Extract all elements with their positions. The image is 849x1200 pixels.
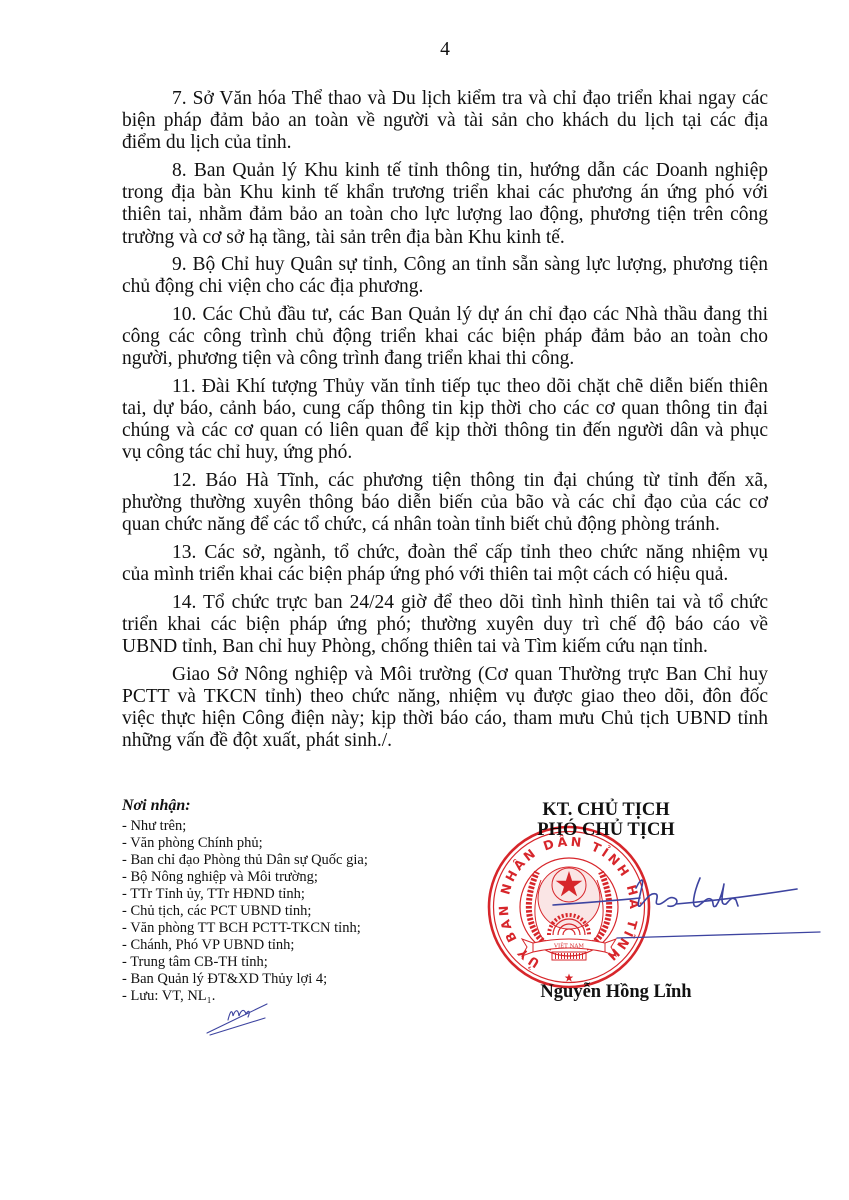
signature-title: KT. CHỦ TỊCH PHÓ CHỦ TỊCH — [496, 800, 716, 840]
text-line: 9. Bộ Chỉ huy Quân sự tỉnh, Công an tỉnh… — [122, 254, 768, 276]
recipient-item: - TTr Tỉnh ủy, TTr HĐND tỉnh; — [122, 886, 368, 903]
recipient-item: - Ban chỉ đạo Phòng thủ Dân sự Quốc gia; — [122, 852, 368, 869]
small-star-icon — [565, 974, 574, 982]
document-page: 4 7. Sở Văn hóa Thể thao và Du lịch kiểm… — [0, 0, 849, 1200]
text-line: tai, dự báo, cảnh báo, cung cấp thông ti… — [122, 398, 768, 420]
handwritten-signature — [553, 878, 820, 938]
paragraph-item-14: 14. Tổ chức trực ban 24/24 giờ để theo d… — [122, 592, 768, 659]
initials-mark — [207, 1004, 267, 1035]
text-line: 10. Các Chủ đầu tư, các Ban Quản lý dự á… — [122, 304, 768, 326]
paragraph-assignment: Giao Sở Nông nghiệp và Môi trường (Cơ qu… — [122, 664, 768, 753]
text-line: Giao Sở Nông nghiệp và Môi trường (Cơ qu… — [122, 664, 768, 686]
text-line: 11. Đài Khí tượng Thủy văn tỉnh tiếp tục… — [122, 376, 768, 398]
paragraph-item-8: 8. Ban Quản lý Khu kinh tế tỉnh thông ti… — [122, 160, 768, 249]
text-line: 12. Báo Hà Tĩnh, các phương tiện thông t… — [122, 470, 768, 492]
text-line: vụ công tác chỉ huy, ứng phó. — [122, 442, 768, 464]
paragraph-item-9: 9. Bộ Chỉ huy Quân sự tỉnh, Công an tỉnh… — [122, 254, 768, 298]
text-line: điểm du lịch của tỉnh. — [122, 132, 768, 154]
text-line: 8. Ban Quản lý Khu kinh tế tỉnh thông ti… — [122, 160, 768, 182]
text-line: 14. Tổ chức trực ban 24/24 giờ để theo d… — [122, 592, 768, 614]
recipient-item: - Ban Quản lý ĐT&XD Thủy lợi 4; — [122, 971, 368, 988]
document-body: 7. Sở Văn hóa Thể thao và Du lịch kiểm t… — [122, 88, 768, 758]
text-line: 13. Các sở, ngành, tổ chức, đoàn thể cấp… — [122, 542, 768, 564]
text-line: thiên tai, nhằm đảm bảo an toàn cho lực … — [122, 204, 768, 226]
text-line: của mình triển khai các biện pháp ứng ph… — [122, 564, 768, 586]
text-line: triển khai các biện pháp ứng phó; thường… — [122, 614, 768, 636]
national-emblem-icon: VIỆT NAM — [522, 867, 616, 960]
recipient-item: - Văn phòng Chính phủ; — [122, 835, 368, 852]
official-stamp: ỦY BAN NHÂN DÂN TỈNH HÀ TĨNH VIỆT NAM — [489, 827, 649, 987]
text-line: trong địa bàn Khu kinh tế khẩn trương tr… — [122, 182, 768, 204]
text-line: chủ động chi viện cho các địa phương. — [122, 276, 768, 298]
text-line: quan chức năng để các tổ chức, cá nhân t… — [122, 514, 768, 536]
recipient-item: - Chủ tịch, các PCT UBND tỉnh; — [122, 903, 368, 920]
text-line: 7. Sở Văn hóa Thể thao và Du lịch kiểm t… — [122, 88, 768, 110]
paragraph-item-13: 13. Các sở, ngành, tổ chức, đoàn thể cấp… — [122, 542, 768, 586]
recipients-list: - Như trên; - Văn phòng Chính phủ; - Ban… — [122, 818, 368, 1005]
recipient-item: - Như trên; — [122, 818, 368, 835]
text-line: chúng và các cơ quan có liên quan để kịp… — [122, 420, 768, 442]
stamp-ribbon-text: VIỆT NAM — [553, 942, 584, 950]
text-line: biện pháp đảm bảo an toàn về người và tà… — [122, 110, 768, 132]
star-icon — [556, 871, 583, 896]
signature-title-line2: PHÓ CHỦ TỊCH — [496, 820, 716, 840]
page-number: 4 — [122, 39, 768, 61]
recipient-item: - Trung tâm CB-TH tỉnh; — [122, 954, 368, 971]
recipient-item: - Văn phòng TT BCH PCTT-TKCN tỉnh; — [122, 920, 368, 937]
paragraph-item-10: 10. Các Chủ đầu tư, các Ban Quản lý dự á… — [122, 304, 768, 371]
recipient-item: - Lưu: VT, NL₁. — [122, 988, 368, 1005]
text-line: UBND tỉnh, Ban chỉ huy Phòng, chống thiê… — [122, 636, 768, 658]
recipient-item: - Bộ Nông nghiệp và Môi trường; — [122, 869, 368, 886]
text-line: trường và cơ sở hạ tầng, tài sản trên đị… — [122, 227, 768, 249]
signature-title-line1: KT. CHỦ TỊCH — [496, 800, 716, 820]
stamp-ring-text: ỦY BAN NHÂN DÂN TỈNH HÀ TĨNH — [496, 834, 642, 972]
paragraph-item-11: 11. Đài Khí tượng Thủy văn tỉnh tiếp tục… — [122, 376, 768, 465]
recipient-item: - Chánh, Phó VP UBND tỉnh; — [122, 937, 368, 954]
text-line: những vấn đề đột xuất, phát sinh./. — [122, 730, 768, 752]
text-line: phường thường xuyên thông báo diễn biến … — [122, 492, 768, 514]
text-line: việc thực hiện Công điện này; kịp thời b… — [122, 708, 768, 730]
text-line: công các công trình chủ động triển khai … — [122, 326, 768, 348]
text-line: PCTT và TKCN tỉnh) theo chức năng, nhiệm… — [122, 686, 768, 708]
paragraph-item-12: 12. Báo Hà Tĩnh, các phương tiện thông t… — [122, 470, 768, 537]
paragraph-item-7: 7. Sở Văn hóa Thể thao và Du lịch kiểm t… — [122, 88, 768, 155]
text-line: người, phương tiện và công trình đang tr… — [122, 348, 768, 370]
signer-name: Nguyễn Hồng Lĩnh — [506, 982, 726, 1002]
recipients-title: Nơi nhận: — [122, 797, 191, 815]
